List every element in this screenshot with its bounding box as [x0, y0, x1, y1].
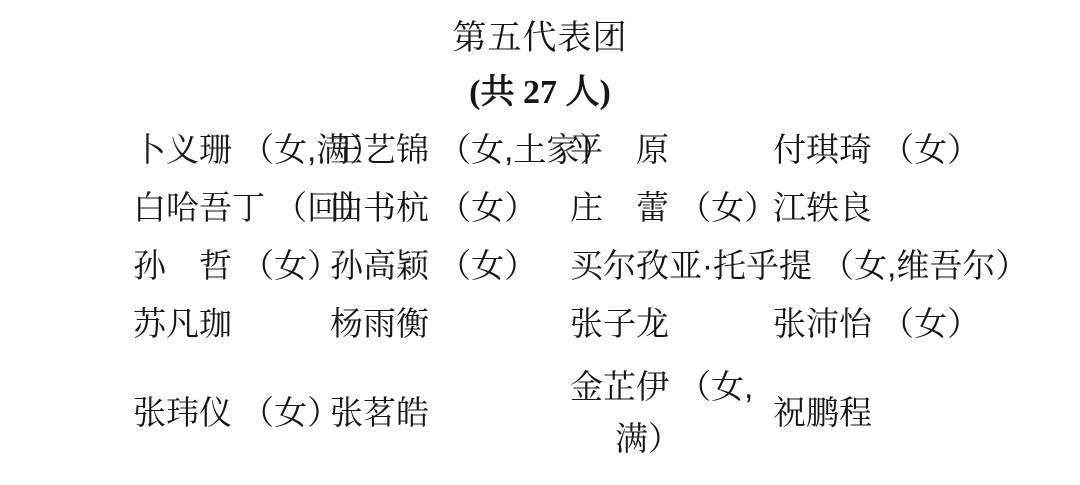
delegate-name: 付琪琦 （女）	[773, 130, 1080, 170]
delegate-name: 孙 哲 （女）	[133, 246, 330, 286]
delegate-name: 张茗皓	[330, 393, 570, 433]
delegate-name: 张沛怡 （女）	[773, 304, 1080, 344]
delegate-name-line-2: 满）	[615, 419, 773, 459]
delegate-name: 王艺锦 （女,土家）	[330, 130, 570, 170]
roster-row: 白哈吾丁 （回） 曲书杭 （女） 庄 蕾 （女） 江轶良	[0, 179, 1080, 237]
delegate-name: 张玮仪 （女）	[133, 393, 330, 433]
delegate-count: (共 27 人)	[0, 73, 1080, 113]
delegate-name-line-1: 金芷伊 （女,	[570, 367, 773, 407]
delegate-name: 庄 蕾 （女）	[570, 188, 773, 228]
delegate-name: 祝鹏程	[773, 393, 1080, 433]
roster-row: 卜义珊 （女,满） 王艺锦 （女,土家） 平 原 付琪琦 （女）	[0, 121, 1080, 179]
roster-row: 孙 哲 （女） 孙高颖 （女） 买尔孜亚·托乎提 （女,维吾尔）	[0, 237, 1080, 295]
page-title: 第五代表团	[0, 0, 1080, 58]
delegate-name: 白哈吾丁 （回）	[133, 188, 330, 228]
delegate-roster: 卜义珊 （女,满） 王艺锦 （女,土家） 平 原 付琪琦 （女） 白哈吾丁 （回…	[0, 121, 1080, 459]
delegate-name: 曲书杭 （女）	[330, 188, 570, 228]
delegate-name: 金芷伊 （女, 满）	[570, 367, 773, 459]
delegate-name: 孙高颖 （女）	[330, 246, 570, 286]
delegate-name: 买尔孜亚·托乎提 （女,维吾尔）	[570, 246, 1080, 286]
delegate-name: 张子龙	[570, 304, 773, 344]
roster-page: 第五代表团 (共 27 人) 卜义珊 （女,满） 王艺锦 （女,土家） 平 原 …	[0, 0, 1080, 485]
delegate-name: 平 原	[570, 130, 773, 170]
delegate-name: 江轶良	[773, 188, 1080, 228]
roster-row: 张玮仪 （女） 张茗皓 金芷伊 （女, 满） 祝鹏程	[0, 353, 1080, 459]
delegate-name: 卜义珊 （女,满）	[133, 130, 330, 170]
delegate-name: 杨雨衡	[330, 304, 570, 344]
roster-row: 苏凡珈 杨雨衡 张子龙 张沛怡 （女）	[0, 295, 1080, 353]
delegate-name: 苏凡珈	[133, 304, 330, 344]
